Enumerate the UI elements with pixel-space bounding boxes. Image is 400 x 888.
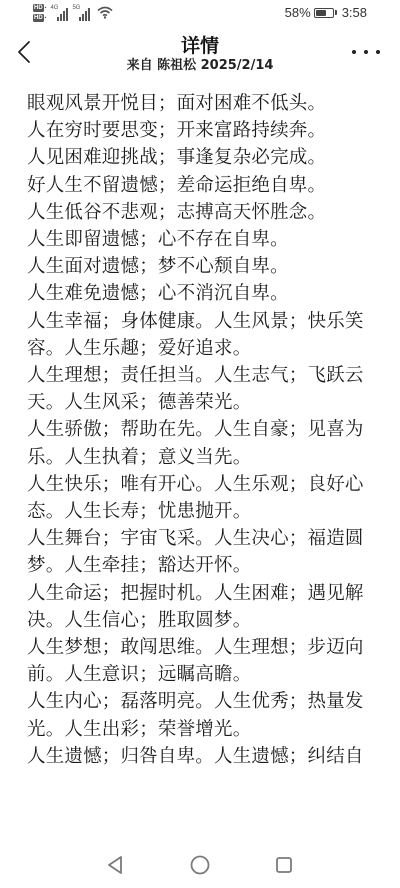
system-nav-bar bbox=[0, 840, 400, 888]
battery-percent: 58% bbox=[285, 5, 311, 20]
more-horizontal-icon bbox=[352, 50, 356, 54]
wifi-icon bbox=[97, 6, 113, 24]
page-title: 详情 bbox=[0, 34, 400, 58]
paragraph: 人生骄傲；帮助在先。人生自豪；见喜为乐。人生执着；意义当先。 bbox=[27, 416, 373, 470]
paragraph: 人生低谷不悲观；志搏高天怀胜念。 bbox=[27, 199, 373, 226]
message-content: 眼观风景开悦目；面对困难不低头。 人在穷时要思变；开来富路持续奔。 人见困难迎挑… bbox=[27, 90, 373, 770]
hd-badges: HD▪ HD▪ bbox=[33, 4, 46, 22]
circle-home-icon bbox=[189, 854, 211, 876]
paragraph: 人生幸福；身体健康。人生风景；快乐笑容。人生乐趣；爱好追求。 bbox=[27, 308, 373, 362]
status-bar: HD▪ HD▪ 4G 5G bbox=[0, 0, 400, 30]
battery-icon bbox=[314, 8, 334, 18]
paragraph: 人在穷时要思变；开来富路持续奔。 bbox=[27, 117, 373, 144]
paragraph: 人生舞台；宇宙飞采。人生决心；福造圆梦。人生牵挂；豁达开怀。 bbox=[27, 525, 373, 579]
paragraph: 人生遗憾；归咎自卑。人生遗憾；纠结自 bbox=[27, 743, 373, 770]
nav-back-button[interactable] bbox=[103, 854, 127, 876]
more-horizontal-icon bbox=[364, 50, 368, 54]
nav-home-button[interactable] bbox=[188, 854, 212, 876]
paragraph: 人生快乐；唯有开心。人生乐观；良好心态。人生长寿；忧患抛开。 bbox=[27, 471, 373, 525]
square-recent-icon bbox=[274, 855, 294, 875]
paragraph: 人生梦想；敢闯思维。人生理想；步迈向前。人生意识；远瞩高瞻。 bbox=[27, 634, 373, 688]
page-subtitle: 来自 陈祖松 2025/2/14 bbox=[0, 58, 400, 74]
hd-icon: HD▪ bbox=[33, 14, 46, 22]
more-horizontal-icon bbox=[376, 50, 380, 54]
paragraph: 眼观风景开悦目；面对困难不低头。 bbox=[27, 90, 373, 117]
paragraph: 人生即留遗憾；心不存在自卑。 bbox=[27, 226, 373, 253]
paragraph: 人生面对遗憾；梦不心颓自卑。 bbox=[27, 253, 373, 280]
cellular-signal-icon: 4G bbox=[50, 5, 68, 21]
header: 详情 来自 陈祖松 2025/2/14 bbox=[0, 30, 400, 80]
status-bar-right: 58% 3:58 bbox=[285, 5, 367, 20]
paragraph: 人见困难迎挑战；事逢复杂必完成。 bbox=[27, 144, 373, 171]
paragraph: 好人生不留遗憾；差命运拒绝自卑。 bbox=[27, 172, 373, 199]
paragraph: 人生内心；磊落明亮。人生优秀；热量发光。人生出彩；荣誉增光。 bbox=[27, 688, 373, 742]
nav-recent-apps-button[interactable] bbox=[272, 854, 296, 876]
clock: 3:58 bbox=[342, 5, 367, 20]
hd-icon: HD▪ bbox=[33, 4, 46, 12]
status-bar-left: HD▪ HD▪ 4G 5G bbox=[33, 4, 113, 24]
battery-tip bbox=[335, 10, 337, 15]
paragraph: 人生命运；把握时机。人生困难；遇见解决。人生信心；胜取圆梦。 bbox=[27, 580, 373, 634]
paragraph: 人生难免遗憾；心不消沉自卑。 bbox=[27, 280, 373, 307]
more-options-button[interactable] bbox=[352, 44, 380, 60]
cellular-signal-icon: 5G bbox=[72, 5, 90, 21]
triangle-back-icon bbox=[106, 855, 124, 875]
paragraph: 人生理想；责任担当。人生志气；飞跃云天。人生风采；德善荣光。 bbox=[27, 362, 373, 416]
